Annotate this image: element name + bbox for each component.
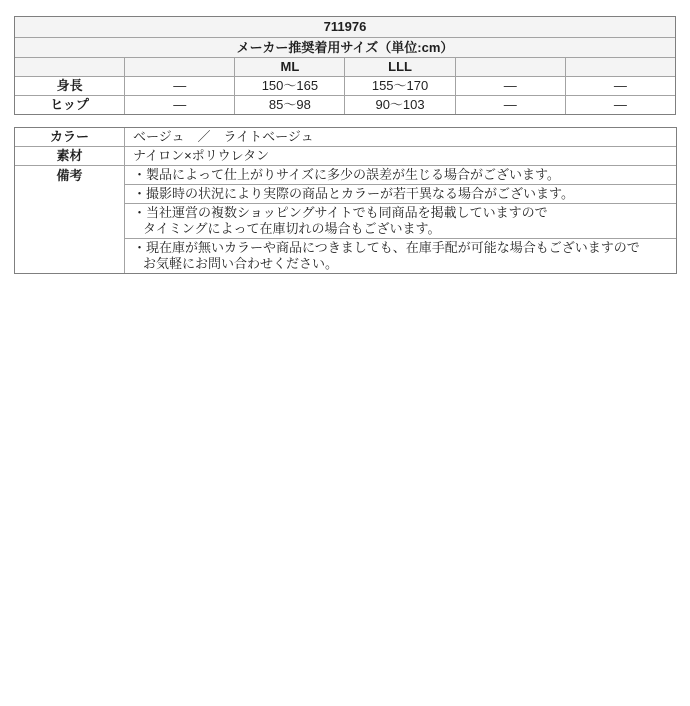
size-col-header-empty-4: [565, 58, 675, 77]
material-value: ナイロン×ポリウレタン: [125, 147, 677, 166]
color-value: ベージュ ／ ライトベージュ: [125, 128, 677, 147]
size-table: 711976 メーカー推奨着用サイズ（単位:cm） ML LLL 身長 ― 15…: [14, 16, 676, 115]
product-code-row: 711976: [15, 17, 676, 38]
table-row-height: 身長 ― 150～165 155～170 ― ―: [15, 77, 676, 96]
height-value-4: ―: [455, 77, 565, 96]
size-col-header-ml: ML: [235, 58, 345, 77]
note-item-4: ・現在庫が無いカラーや商品につきましても、在庫手配が可能な場合もございますので …: [125, 239, 677, 274]
height-value-1: ―: [125, 77, 235, 96]
note-item-1: ・製品によって仕上がりサイズに多少の誤差が生じる場合がございます。: [125, 166, 677, 185]
hip-value-5: ―: [565, 96, 675, 115]
table-row-hip: ヒップ ― 85～98 90～103 ― ―: [15, 96, 676, 115]
size-column-header-row: ML LLL: [15, 58, 676, 77]
table-row-note-1: 備考 ・製品によって仕上がりサイズに多少の誤差が生じる場合がございます。: [15, 166, 677, 185]
hip-value-lll: 90～103: [345, 96, 455, 115]
table-row-material: 素材 ナイロン×ポリウレタン: [15, 147, 677, 166]
size-col-header-empty-2: [125, 58, 235, 77]
row-label-material: 素材: [15, 147, 125, 166]
hip-value-1: ―: [125, 96, 235, 115]
row-label-height: 身長: [15, 77, 125, 96]
table-row-color: カラー ベージュ ／ ライトベージュ: [15, 128, 677, 147]
row-label-color: カラー: [15, 128, 125, 147]
info-table: カラー ベージュ ／ ライトベージュ 素材 ナイロン×ポリウレタン 備考 ・製品…: [14, 127, 677, 274]
size-table-title: メーカー推奨着用サイズ（単位:cm）: [15, 38, 676, 58]
note-item-2: ・撮影時の状況により実際の商品とカラーが若干異なる場合がございます。: [125, 185, 677, 204]
product-spec-sheet: 711976 メーカー推奨着用サイズ（単位:cm） ML LLL 身長 ― 15…: [0, 16, 690, 706]
size-col-header-empty-1: [15, 58, 125, 77]
row-label-notes: 備考: [15, 166, 125, 274]
hip-value-ml: 85～98: [235, 96, 345, 115]
note-item-3: ・当社運営の複数ショッピングサイトでも同商品を掲載していますので タイミングによ…: [125, 204, 677, 239]
height-value-ml: 150～165: [235, 77, 345, 96]
hip-value-4: ―: [455, 96, 565, 115]
size-col-header-empty-3: [455, 58, 565, 77]
height-value-lll: 155～170: [345, 77, 455, 96]
height-value-5: ―: [565, 77, 675, 96]
row-label-hip: ヒップ: [15, 96, 125, 115]
size-table-title-row: メーカー推奨着用サイズ（単位:cm）: [15, 38, 676, 58]
product-code: 711976: [15, 17, 676, 38]
size-col-header-lll: LLL: [345, 58, 455, 77]
